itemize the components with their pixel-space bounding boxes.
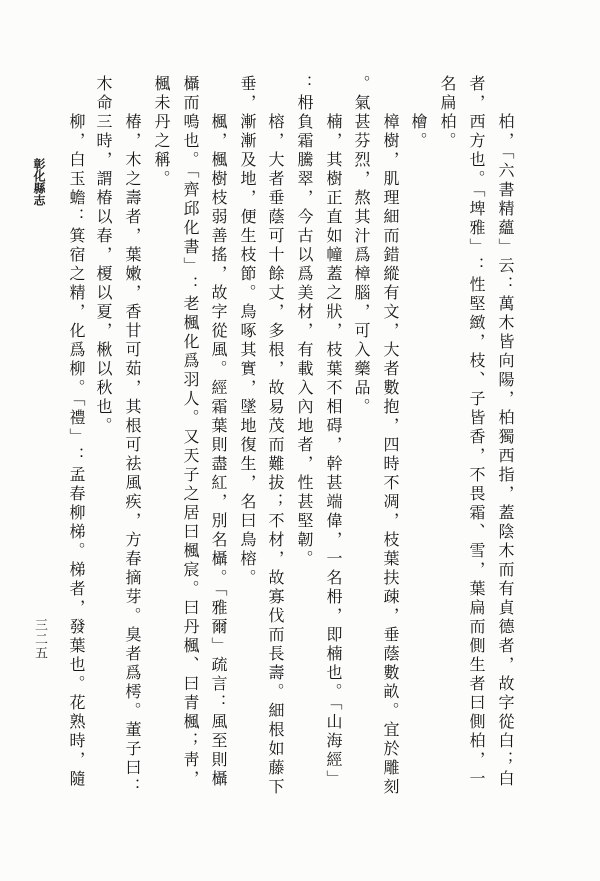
page-number: 三二五 [33, 618, 46, 660]
running-title: 彰化縣志 [33, 158, 45, 206]
text-column-16: 柳，白玉蟾：箕宿之精，化爲柳。「禮」：孟春柳梯。梯者，發葉也。花熟時，隨 [68, 113, 84, 789]
text-column-3: 名扁柏。 [439, 75, 455, 151]
text-column-10: 垂，漸漸及地，便生枝節。鳥啄其實，墜地復生，名曰鳥榕。 [239, 75, 255, 588]
text-column-2: 者，西方也。「埤雅」：性堅緻，枝、子皆香，不畏霜、雪，葉扁而側生者曰側柏，一 [468, 75, 484, 789]
text-column-4: 檜。 [410, 113, 426, 151]
text-column-7: 楠，其樹正直如幢蓋之狀，枝葉不相碍，幹甚端偉，一名枏，即楠也。「山海經」 [325, 113, 341, 789]
text-column-8: ：枏負霜騰翠，今古以爲美材，有載入內地者，性甚堅韌。 [296, 75, 312, 569]
text-column-12: 欇而鳴也。「齊邱化書」：老楓化爲羽人。又天子之居曰楓宸。曰丹楓、曰青楓；靑， [182, 75, 198, 789]
text-column-1: 柏，「六書精蘊」云：萬木皆向陽，柏獨西指，蓋陰木而有貞德者，故字從白；白 [497, 113, 513, 789]
text-column-15: 木命三時，謂椿以春，榎以夏，楸以秋也。 [95, 75, 111, 436]
scanned-page: 柏，「六書精蘊」云：萬木皆向陽，柏獨西指，蓋陰木而有貞德者，故字從白；白 者，西… [0, 0, 600, 881]
text-column-5: 樟樹，肌理細而錯縱有文，大者數抱，四時不凋，枝葉扶疎，垂蔭數畝。宜於雕刻 [382, 113, 398, 797]
text-column-9: 榕，大者垂蔭可十餘丈，多根，故易茂而難拔；不材，故寡伐而長壽。細根如藤下 [267, 113, 283, 797]
text-column-13: 楓未丹之稱。 [153, 75, 169, 189]
text-column-11: 楓，楓樹枝弱善搖，故字從風。經霜葉則盡紅，別名欇。「雅爾」疏言：風至則欇 [210, 113, 226, 789]
text-column-14: 椿，木之壽者，葉嫩，香甘可茹，其根可祛風疾，方春摘芽。臭者爲樗。董子曰： [124, 113, 140, 797]
text-column-6: 。氣甚芬烈，熬其汁爲樟腦，可入藥品。 [353, 75, 369, 417]
